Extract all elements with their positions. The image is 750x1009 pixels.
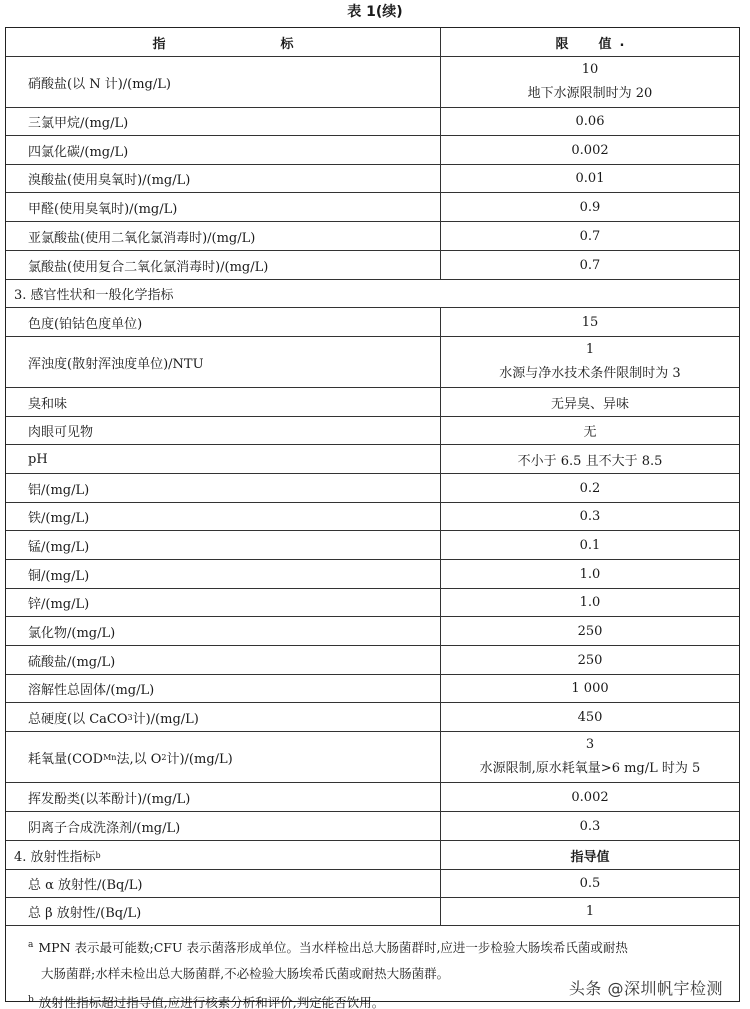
limit-value: 0.3 (440, 812, 739, 840)
limit-value: 0.7 (440, 222, 739, 250)
table-row: 阴离子合成洗涤剂/(mg/L) 0.3 (6, 812, 739, 841)
table-row: 硝酸盐(以 N 计)/(mg/L) 10 地下水源限制时为 20 (6, 57, 739, 108)
indicator-name: 锌/(mg/L) (6, 589, 440, 616)
table-row: 四氯化碳/(mg/L) 0.002 (6, 136, 739, 165)
table-row: 臭和味 无异臭、异味 (6, 388, 739, 417)
table-row: 肉眼可见物 无 (6, 417, 739, 445)
table-row: 溴酸盐(使用臭氧时)/(mg/L) 0.01 (6, 165, 739, 193)
table-row: 总硬度(以 CaCO3 计)/(mg/L) 450 (6, 703, 739, 732)
indicator-name: 总 α 放射性/(Bq/L) (6, 870, 440, 897)
section-title: 4. 放射性指标b (6, 841, 440, 869)
table-row: 亚氯酸盐(使用二氧化氯消毒时)/(mg/L) 0.7 (6, 222, 739, 251)
limit-value: 0.002 (440, 136, 739, 164)
indicator-name: 溶解性总固体/(mg/L) (6, 675, 440, 702)
indicator-name: 氯酸盐(使用复合二氧化氯消毒时)/(mg/L) (6, 251, 440, 279)
limit-value: 0.2 (440, 474, 739, 502)
indicator-name: 铜/(mg/L) (6, 560, 440, 588)
limit-value: 3 水源限制,原水耗氧量>6 mg/L 时为 5 (440, 732, 739, 782)
limit-value: 0.06 (440, 108, 739, 135)
indicator-name: 肉眼可见物 (6, 417, 440, 444)
indicator-name: 挥发酚类(以苯酚计)/(mg/L) (6, 783, 440, 811)
indicator-name: 硫酸盐/(mg/L) (6, 646, 440, 674)
indicator-name: 色度(铂钴色度单位) (6, 308, 440, 336)
table-row: 铝/(mg/L) 0.2 (6, 474, 739, 503)
table-row: 挥发酚类(以苯酚计)/(mg/L) 0.002 (6, 783, 739, 812)
limit-value: 0.3 (440, 503, 739, 530)
table-row: 总 α 放射性/(Bq/L) 0.5 (6, 870, 739, 898)
section-header-3: 3. 感官性状和一般化学指标 (6, 280, 739, 308)
indicator-name: 总 β 放射性/(Bq/L) (6, 898, 440, 925)
limit-value: 250 (440, 617, 739, 645)
table-row: 溶解性总固体/(mg/L) 1 000 (6, 675, 739, 703)
limit-value: 0.9 (440, 193, 739, 221)
limit-value: 无异臭、异味 (440, 388, 739, 416)
indicator-name: 锰/(mg/L) (6, 531, 440, 559)
limit-value: 1.0 (440, 589, 739, 616)
table-row: 氯酸盐(使用复合二氧化氯消毒时)/(mg/L) 0.7 (6, 251, 739, 280)
table-row: 锰/(mg/L) 0.1 (6, 531, 739, 560)
indicator-name: 浑浊度(散射浑浊度单位)/NTU (6, 337, 440, 387)
table-row: 硫酸盐/(mg/L) 250 (6, 646, 739, 675)
indicator-name: 铝/(mg/L) (6, 474, 440, 502)
limit-value: 10 地下水源限制时为 20 (440, 57, 739, 107)
table-row: 甲醛(使用臭氧时)/(mg/L) 0.9 (6, 193, 739, 222)
indicator-name: 硝酸盐(以 N 计)/(mg/L) (6, 57, 440, 107)
table-row: 色度(铂钴色度单位) 15 (6, 308, 739, 337)
table-row: 耗氧量(CODMn法,以 O2 计)/(mg/L) 3 水源限制,原水耗氧量>6… (6, 732, 739, 783)
section-value-header: 指导值 (440, 841, 739, 869)
section-title: 3. 感官性状和一般化学指标 (6, 280, 739, 307)
table-caption: 表 1(续) (0, 2, 750, 22)
header-limit: 限值. (440, 28, 739, 56)
table-row: pH 不小于 6.5 且不大于 8.5 (6, 445, 739, 474)
indicator-name: 溴酸盐(使用臭氧时)/(mg/L) (6, 165, 440, 192)
table-row: 铜/(mg/L) 1.0 (6, 560, 739, 589)
table-row: 浑浊度(散射浑浊度单位)/NTU 1 水源与净水技术条件限制时为 3 (6, 337, 739, 388)
table-row: 铁/(mg/L) 0.3 (6, 503, 739, 531)
footnote-a: aMPN 表示最可能数;CFU 表示菌落形成单位。当水样检出总大肠菌群时,应进一… (28, 932, 729, 961)
limit-value: 无 (440, 417, 739, 444)
table-row: 三氯甲烷/(mg/L) 0.06 (6, 108, 739, 136)
limit-value: 不小于 6.5 且不大于 8.5 (440, 445, 739, 473)
limit-value: 1.0 (440, 560, 739, 588)
limit-value: 0.5 (440, 870, 739, 897)
indicator-name: 氯化物/(mg/L) (6, 617, 440, 645)
limit-value: 250 (440, 646, 739, 674)
indicator-name: 总硬度(以 CaCO3 计)/(mg/L) (6, 703, 440, 731)
table-footnotes: aMPN 表示最可能数;CFU 表示菌落形成单位。当水样检出总大肠菌群时,应进一… (6, 926, 739, 1001)
limit-value: 0.1 (440, 531, 739, 559)
water-quality-table: 指标 限值. 硝酸盐(以 N 计)/(mg/L) 10 地下水源限制时为 20 … (5, 27, 740, 1002)
indicator-name: 臭和味 (6, 388, 440, 416)
indicator-name: pH (6, 445, 440, 473)
table-row: 锌/(mg/L) 1.0 (6, 589, 739, 617)
indicator-name: 铁/(mg/L) (6, 503, 440, 530)
section-header-4: 4. 放射性指标b 指导值 (6, 841, 739, 870)
indicator-name: 甲醛(使用臭氧时)/(mg/L) (6, 193, 440, 221)
indicator-name: 亚氯酸盐(使用二氧化氯消毒时)/(mg/L) (6, 222, 440, 250)
limit-value: 1 水源与净水技术条件限制时为 3 (440, 337, 739, 387)
table-header: 指标 限值. (6, 28, 739, 57)
watermark: 头条 @深圳帆宇检测 (569, 976, 723, 1002)
limit-value: 1 (440, 898, 739, 925)
limit-value: 450 (440, 703, 739, 731)
table-row: 总 β 放射性/(Bq/L) 1 (6, 898, 739, 926)
limit-value: 0.002 (440, 783, 739, 811)
indicator-name: 阴离子合成洗涤剂/(mg/L) (6, 812, 440, 840)
limit-value: 15 (440, 308, 739, 336)
limit-value: 1 000 (440, 675, 739, 702)
limit-value: 0.01 (440, 165, 739, 192)
table-row: 氯化物/(mg/L) 250 (6, 617, 739, 646)
indicator-name: 三氯甲烷/(mg/L) (6, 108, 440, 135)
header-indicator: 指标 (6, 28, 440, 56)
indicator-name: 四氯化碳/(mg/L) (6, 136, 440, 164)
limit-value: 0.7 (440, 251, 739, 279)
indicator-name: 耗氧量(CODMn法,以 O2 计)/(mg/L) (6, 732, 440, 782)
